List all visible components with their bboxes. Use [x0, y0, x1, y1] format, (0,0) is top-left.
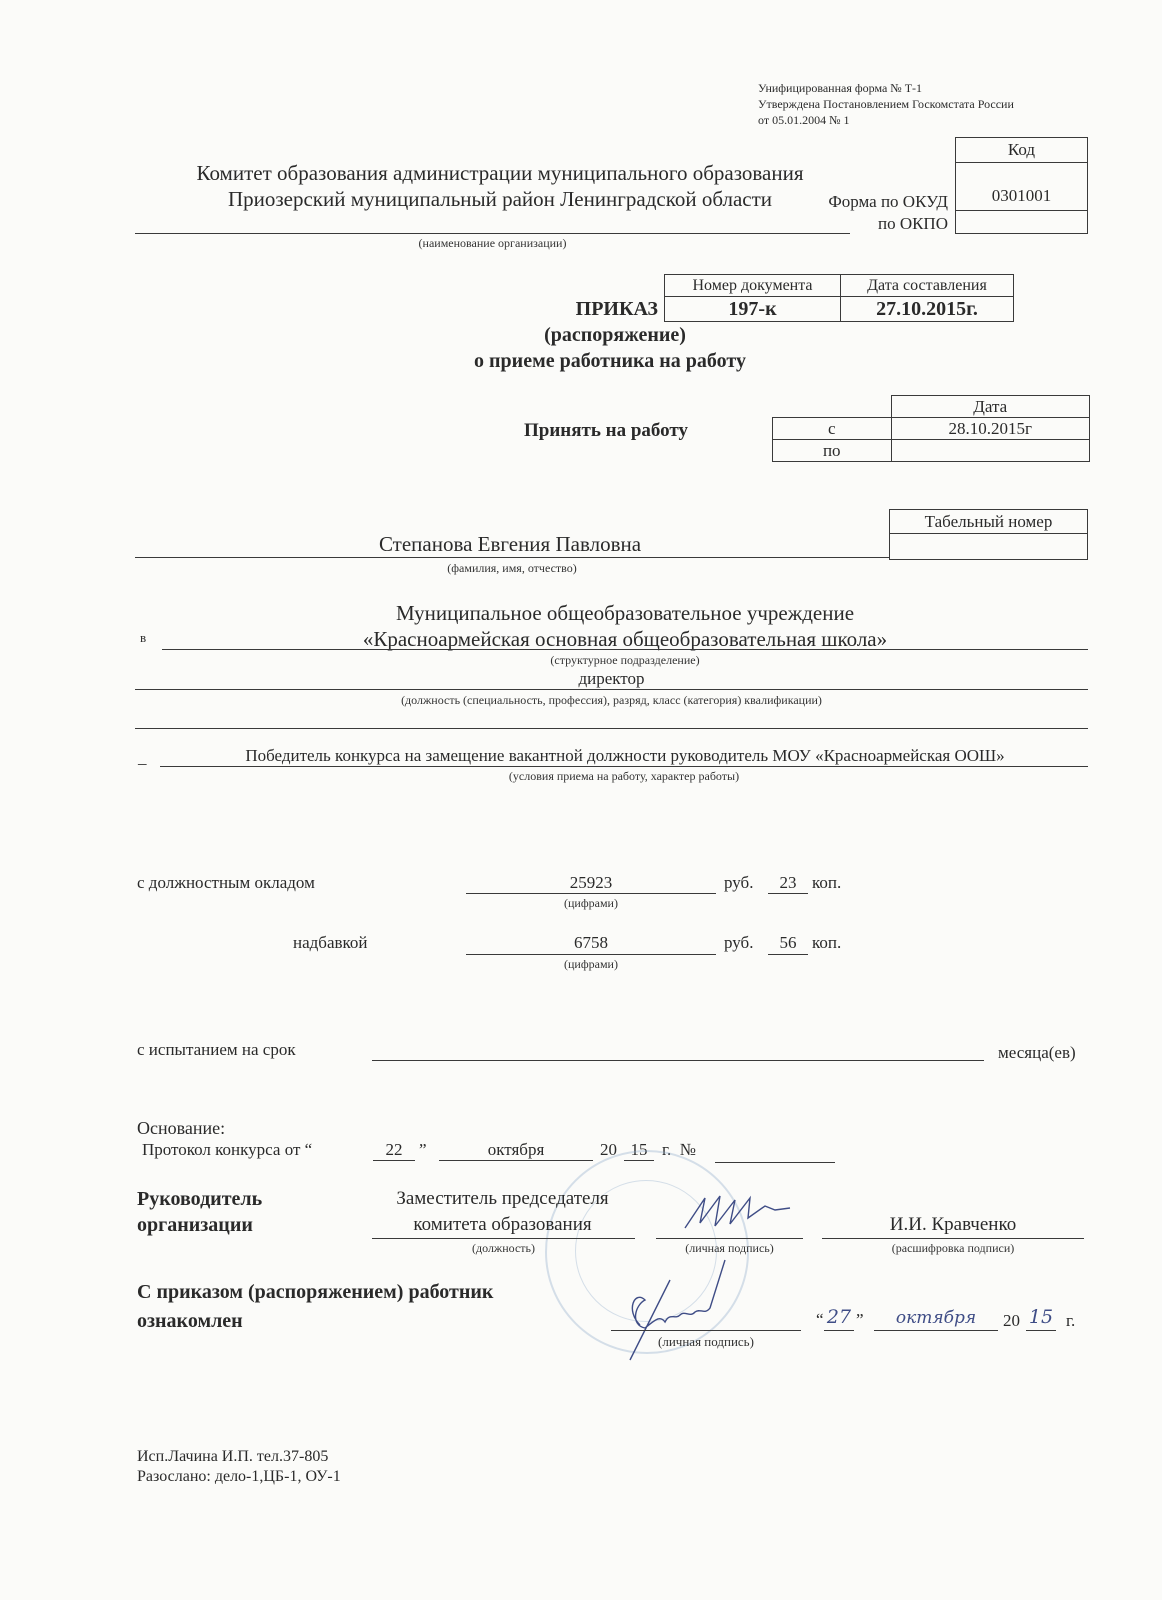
- ack-label-line2: ознакомлен: [137, 1307, 493, 1336]
- ack-year-prefix: 20: [1003, 1311, 1020, 1331]
- head-signature-icon: [680, 1188, 810, 1238]
- ack-signature-caption: (личная подпись): [611, 1334, 801, 1350]
- order-title: ПРИКАЗ: [540, 298, 658, 321]
- probation-suffix: месяца(ев): [998, 1043, 1076, 1063]
- salary-kop-label: коп.: [812, 873, 841, 893]
- salary-rub-label: руб.: [724, 873, 753, 893]
- head-position: Заместитель председателя комитета образо…: [370, 1186, 635, 1238]
- doc-number-label: Номер документа: [665, 275, 841, 297]
- head-position-line2: комитета образования: [370, 1212, 635, 1238]
- okud-label: Форма по ОКУД: [805, 192, 948, 212]
- ack-label: С приказом (распоряжением) работник озна…: [137, 1278, 493, 1336]
- hire-date-table: Дата с 28.10.2015г по: [772, 395, 1090, 462]
- position-value: директор: [135, 669, 1088, 689]
- ack-quote-open: “: [816, 1310, 824, 1330]
- okpo-value: [956, 211, 1088, 234]
- salary-kop-underline: [768, 893, 808, 894]
- ack-label-line1: С приказом (распоряжением) работник: [137, 1278, 493, 1307]
- codes-header: Код: [956, 138, 1088, 163]
- organization-underline: [135, 233, 850, 234]
- conditions-value: Победитель конкурса на замещение вакантн…: [160, 746, 1090, 766]
- tab-number-table: Табельный номер: [889, 509, 1088, 560]
- basis-month-underline: [439, 1160, 593, 1161]
- hire-date-header: Дата: [891, 396, 1090, 418]
- form-header: Унифицированная форма № Т-1 Утверждена П…: [758, 80, 1014, 128]
- footer-executor: Исп.Лачина И.П. тел.37-805: [137, 1447, 341, 1467]
- employee-caption: (фамилия, имя, отчество): [135, 561, 889, 576]
- head-label: Руководитель организации: [137, 1186, 262, 1238]
- bonus-label: надбавкой: [293, 933, 368, 953]
- head-name-caption: (расшифровка подписи): [822, 1241, 1084, 1256]
- position-underline: [135, 689, 1088, 690]
- footer: Исп.Лачина И.П. тел.37-805 Разослано: де…: [137, 1447, 341, 1487]
- head-name: И.И. Кравченко: [822, 1214, 1084, 1236]
- head-name-underline: [822, 1238, 1084, 1239]
- bonus-rub-label: руб.: [724, 933, 753, 953]
- form-header-line3: от 05.01.2004 № 1: [758, 112, 1014, 128]
- basis-number-underline: [715, 1162, 835, 1163]
- doc-date: 27.10.2015г.: [841, 297, 1014, 322]
- conditions-caption: (условия приема на работу, характер рабо…: [160, 769, 1088, 784]
- hire-to-label: по: [773, 440, 892, 462]
- basis-day: 22: [373, 1140, 415, 1160]
- organization-line1: Комитет образования администрации муници…: [130, 160, 870, 186]
- head-position-underline: [372, 1238, 635, 1239]
- tab-number-label: Табельный номер: [890, 510, 1088, 534]
- salary-rub-underline: [466, 893, 716, 894]
- salary-rub: 25923: [466, 873, 716, 893]
- employee-underline: [135, 557, 889, 558]
- order-subject: о приеме работника на работу: [400, 350, 820, 373]
- ack-year-underline: [1026, 1330, 1056, 1331]
- basis-label: Основание:: [137, 1118, 225, 1139]
- ack-day: 27: [824, 1306, 854, 1328]
- bonus-rub: 6758: [466, 933, 716, 953]
- bonus-kop-label: коп.: [812, 933, 841, 953]
- hire-label: Принять на работу: [524, 420, 688, 442]
- department-name: Муниципальное общеобразовательное учрежд…: [160, 600, 1090, 652]
- ack-year: 15: [1026, 1306, 1056, 1328]
- head-signature-underline: [656, 1238, 803, 1239]
- basis-month: октября: [439, 1140, 593, 1160]
- head-position-caption: (должность): [372, 1241, 635, 1256]
- form-header-line1: Унифицированная форма № Т-1: [758, 80, 1014, 96]
- head-position-line1: Заместитель председателя: [370, 1186, 635, 1212]
- basis-quote-close: ”: [419, 1140, 427, 1160]
- conditions-underline: [160, 766, 1088, 767]
- hire-from-label: с: [773, 418, 892, 440]
- head-label-line2: организации: [137, 1212, 262, 1238]
- ack-quote-close: ”: [856, 1310, 864, 1330]
- order-subtitle: (распоряжение): [440, 324, 790, 347]
- department-underline: [162, 649, 1088, 650]
- conditions-prefix: _: [138, 748, 147, 768]
- tab-number-value: [890, 534, 1088, 560]
- probation-underline: [372, 1060, 984, 1061]
- head-label-line1: Руководитель: [137, 1186, 262, 1212]
- bonus-caption: (цифрами): [466, 957, 716, 972]
- ack-signature-underline: [611, 1330, 801, 1331]
- ack-month-underline: [874, 1330, 998, 1331]
- ack-month: октября: [874, 1308, 998, 1328]
- organization-line2: Приозерский муниципальный район Ленингра…: [130, 186, 870, 212]
- footer-distribution: Разослано: дело-1,ЦБ-1, ОУ-1: [137, 1467, 341, 1487]
- employee-name: Степанова Евгения Павловна: [135, 532, 885, 557]
- basis-day-underline: [373, 1160, 415, 1161]
- date-label: Дата составления: [841, 275, 1014, 297]
- basis-protocol-label: Протокол конкурса от “: [142, 1140, 312, 1160]
- ack-day-underline: [824, 1330, 854, 1331]
- order-number-table: Номер документа Дата составления 197-к 2…: [664, 274, 1014, 322]
- bonus-kop: 56: [768, 933, 808, 953]
- organization-caption: (наименование организации): [135, 236, 850, 251]
- salary-caption: (цифрами): [466, 896, 716, 911]
- doc-number: 197-к: [665, 297, 841, 322]
- probation-label: с испытанием на срок: [137, 1040, 296, 1060]
- department-caption: (структурное подразделение): [162, 653, 1088, 668]
- salary-kop: 23: [768, 873, 808, 893]
- ack-year-suffix: г.: [1066, 1311, 1075, 1331]
- okpo-label: по ОКПО: [805, 214, 948, 234]
- organization-name: Комитет образования администрации муници…: [130, 160, 870, 212]
- bonus-rub-underline: [466, 954, 716, 955]
- salary-label: с должностным окладом: [137, 873, 315, 893]
- hire-to-date: [891, 440, 1090, 462]
- codes-table: Код 0301001: [955, 137, 1088, 234]
- okud-value: 0301001: [956, 163, 1088, 211]
- department-prefix: в: [140, 630, 146, 646]
- department-line1: Муниципальное общеобразовательное учрежд…: [160, 600, 1090, 626]
- bonus-kop-underline: [768, 954, 808, 955]
- position-extra-line: [135, 728, 1088, 729]
- hire-from-date: 28.10.2015г: [891, 418, 1090, 440]
- position-caption: (должность (специальность, профессия), р…: [135, 693, 1088, 708]
- form-header-line2: Утверждена Постановлением Госкомстата Ро…: [758, 96, 1014, 112]
